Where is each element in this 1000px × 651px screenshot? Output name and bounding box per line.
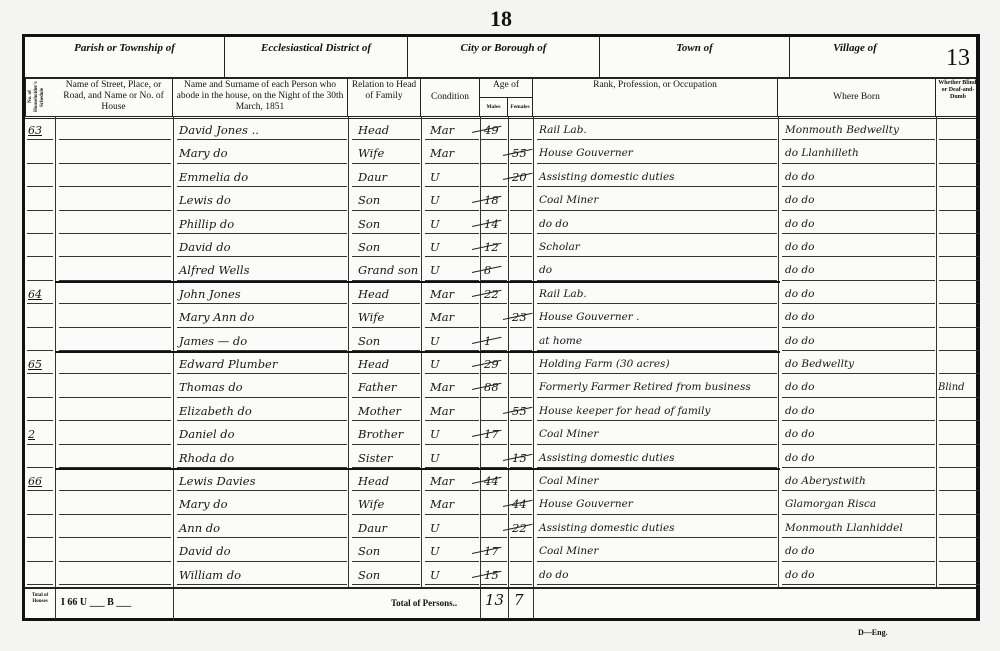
schedule-number (28, 564, 55, 587)
male-age (484, 447, 508, 470)
table-row: 63David Jones ..HeadMar49Rail Lab.Monmou… (25, 119, 976, 142)
birthplace: do do (785, 330, 935, 353)
table-row: Thomas doFatherMar88Formerly Farmer Reti… (25, 376, 976, 399)
schedule-number: 66 (28, 470, 55, 493)
female-age (512, 540, 533, 563)
condition: U (430, 353, 478, 376)
birthplace: Monmouth Bedwellty (785, 119, 935, 142)
condition: U (430, 447, 478, 470)
col-condition-header: Condition (421, 77, 480, 117)
female-age (512, 564, 533, 587)
person-name: Ann do (179, 517, 347, 540)
row-rule (59, 490, 171, 491)
row-rule (59, 210, 171, 211)
female-age (512, 423, 533, 446)
occupation: Assisting domestic duties (539, 447, 777, 470)
occupation: Coal Miner (539, 540, 777, 563)
relation: Father (358, 376, 420, 399)
blind-note (938, 353, 980, 376)
table-row: Elizabeth doMotherMar55House keeper for … (25, 400, 976, 423)
blind-note (938, 259, 980, 282)
schedule-number (28, 376, 55, 399)
table-row: Ann doDaurU22Assisting domestic dutiesMo… (25, 517, 976, 540)
schedule-number: 64 (28, 283, 55, 306)
relation: Wife (358, 142, 420, 165)
row-rule (59, 584, 171, 585)
birthplace: do do (785, 306, 935, 329)
schedule-number (28, 447, 55, 470)
blind-note (938, 236, 980, 259)
relation: Head (358, 470, 420, 493)
person-name: Elizabeth do (179, 400, 347, 423)
occupation: do do (539, 564, 777, 587)
female-age (512, 189, 533, 212)
birthplace: do Aberystwith (785, 470, 935, 493)
relation: Head (358, 353, 420, 376)
relation: Sister (358, 447, 420, 470)
row-rule (59, 233, 171, 234)
blind-note (938, 517, 980, 540)
schedule-number: 65 (28, 353, 55, 376)
person-name: Edward Plumber (179, 353, 347, 376)
birthplace: do do (785, 423, 935, 446)
table-row: 2Daniel doBrotherU17Coal Minerdo do (25, 423, 976, 446)
person-name: James — do (179, 330, 347, 353)
birthplace: do do (785, 376, 935, 399)
row-rule (59, 537, 171, 538)
blind-note (938, 189, 980, 212)
female-age (512, 376, 533, 399)
table-row: Mary doWifeMar55House Gouvernerdo Llanhi… (25, 142, 976, 165)
person-name: Emmelia do (179, 166, 347, 189)
schedule-number: 2 (28, 423, 55, 446)
village-label: Village of (833, 42, 877, 54)
schedule-number (28, 306, 55, 329)
relation: Head (358, 119, 420, 142)
birthplace: do Bedwellty (785, 353, 935, 376)
city-field: City or Borough of (408, 37, 600, 77)
condition: U (430, 236, 478, 259)
table-row: David doSonU12Scholardo do (25, 236, 976, 259)
relation: Head (358, 283, 420, 306)
row-rule (59, 327, 171, 328)
table-row: 65Edward PlumberHeadU29Holding Farm (30 … (25, 353, 976, 376)
male-age: 17 (484, 423, 508, 446)
birthplace: Monmouth Llanhiddel (785, 517, 935, 540)
person-name: William do (179, 564, 347, 587)
schedule-number (28, 236, 55, 259)
male-age: 49 (484, 119, 508, 142)
blind-note (938, 330, 980, 353)
total-females: 7 (514, 591, 524, 609)
schedule-number (28, 517, 55, 540)
person-name: David Jones .. (179, 119, 347, 142)
female-age: 55 (512, 400, 533, 423)
female-age: 23 (512, 306, 533, 329)
page-number: 18 (490, 6, 512, 32)
grid-line (173, 589, 174, 621)
condition: U (430, 564, 478, 587)
person-name: Lewis do (179, 189, 347, 212)
condition: U (430, 330, 478, 353)
male-age: 1 (484, 330, 508, 353)
birthplace: do do (785, 283, 935, 306)
schedule-number (28, 330, 55, 353)
blind-note (938, 166, 980, 189)
relation: Son (358, 189, 420, 212)
blind-note (938, 493, 980, 516)
female-age (512, 236, 533, 259)
blind-note: Blind (938, 376, 980, 399)
person-name: Thomas do (179, 376, 347, 399)
row-rule (59, 420, 171, 421)
occupation: Rail Lab. (539, 119, 777, 142)
town-field: Town of (600, 37, 790, 77)
relation: Wife (358, 493, 420, 516)
female-age (512, 330, 533, 353)
schedule-number (28, 142, 55, 165)
condition: U (430, 189, 478, 212)
male-age: 29 (484, 353, 508, 376)
occupation: Coal Miner (539, 470, 777, 493)
birthplace: do do (785, 400, 935, 423)
village-field: Village of 13 (790, 37, 980, 77)
male-age: 8 (484, 259, 508, 282)
total-males: 13 (485, 591, 504, 609)
table-row: Emmelia doDaurU20Assisting domestic duti… (25, 166, 976, 189)
female-age: 44 (512, 493, 533, 516)
female-age (512, 119, 533, 142)
total-houses-value: I 66 U ___ B ___ (61, 597, 131, 608)
blind-note (938, 540, 980, 563)
person-name: Phillip do (179, 213, 347, 236)
birthplace: do do (785, 447, 935, 470)
person-name: Lewis Davies (179, 470, 347, 493)
col-schedule-header: No. of Householder's Schedule (25, 77, 55, 117)
condition: Mar (430, 142, 478, 165)
birthplace: do do (785, 564, 935, 587)
schedule-number: 63 (28, 119, 55, 142)
female-age (512, 353, 533, 376)
relation: Daur (358, 166, 420, 189)
table-row: 64John JonesHeadMar22Rail Lab.do do (25, 283, 976, 306)
table-row: Rhoda doSisterU15Assisting domestic duti… (25, 447, 976, 470)
birthplace: do do (785, 540, 935, 563)
footer-mark: D—Eng. (858, 628, 888, 637)
relation: Mother (358, 400, 420, 423)
census-sheet: Parish or Township of Ecclesiastical Dis… (22, 34, 980, 621)
table-row: David doSonU17Coal Minerdo do (25, 540, 976, 563)
occupation: Rail Lab. (539, 283, 777, 306)
row-rule (59, 303, 171, 304)
female-age (512, 283, 533, 306)
birthplace: do do (785, 213, 935, 236)
person-name: David do (179, 540, 347, 563)
birthplace: do do (785, 236, 935, 259)
condition: U (430, 213, 478, 236)
occupation: Assisting domestic duties (539, 166, 777, 189)
blind-note (938, 423, 980, 446)
blind-note (938, 400, 980, 423)
row-rule (59, 444, 171, 445)
person-name: Mary Ann do (179, 306, 347, 329)
occupation: Coal Miner (539, 423, 777, 446)
person-name: Daniel do (179, 423, 347, 446)
occupation: House Gouverner (539, 142, 777, 165)
row-rule (59, 186, 171, 187)
occupation: do do (539, 213, 777, 236)
table-row: Phillip doSonU14do dodo do (25, 213, 976, 236)
ecclesiastical-field: Ecclesiastical District of (225, 37, 408, 77)
col-name-header: Name and Surname of each Person who abod… (173, 77, 348, 117)
occupation: Assisting domestic duties (539, 517, 777, 540)
male-age: 44 (484, 470, 508, 493)
col-relation-header: Relation to Head of Family (348, 77, 421, 117)
schedule-number (28, 259, 55, 282)
schedule-number (28, 213, 55, 236)
blind-note (938, 213, 980, 236)
relation: Son (358, 564, 420, 587)
relation: Son (358, 330, 420, 353)
schedule-number (28, 189, 55, 212)
blind-note (938, 564, 980, 587)
female-age (512, 259, 533, 282)
parish-field: Parish or Township of (25, 37, 225, 77)
col-females-header: Females (508, 98, 533, 117)
table-row: Mary doWifeMar44House GouvernerGlamorgan… (25, 493, 976, 516)
occupation: Holding Farm (30 acres) (539, 353, 777, 376)
condition: Mar (430, 493, 478, 516)
birthplace: do do (785, 166, 935, 189)
row-rule (59, 373, 171, 374)
condition: Mar (430, 400, 478, 423)
condition: Mar (430, 119, 478, 142)
schedule-number (28, 400, 55, 423)
occupation: Formerly Farmer Retired from business (539, 376, 777, 399)
total-persons-label: Total of Persons.. (391, 598, 457, 608)
male-age: 15 (484, 564, 508, 587)
occupation: House keeper for head of family (539, 400, 777, 423)
condition: Mar (430, 470, 478, 493)
condition: U (430, 166, 478, 189)
blind-note (938, 283, 980, 306)
relation: Wife (358, 306, 420, 329)
female-age: 55 (512, 142, 533, 165)
total-houses-label: Total of Houses (27, 593, 53, 605)
male-age: 17 (484, 540, 508, 563)
person-name: David do (179, 236, 347, 259)
male-age: 14 (484, 213, 508, 236)
male-age: 12 (484, 236, 508, 259)
row-rule (59, 397, 171, 398)
col-males-header: Males (480, 98, 508, 117)
occupation: House Gouverner . (539, 306, 777, 329)
folio-number: 13 (946, 45, 970, 72)
birthplace: do do (785, 259, 935, 282)
condition: U (430, 423, 478, 446)
relation: Son (358, 236, 420, 259)
blind-note (938, 447, 980, 470)
col-born-header: Where Born (778, 77, 936, 117)
table-row: 66Lewis DaviesHeadMar44Coal Minerdo Aber… (25, 470, 976, 493)
table-row: James — doSonU1at homedo do (25, 330, 976, 353)
condition: Mar (430, 283, 478, 306)
male-age: 88 (484, 376, 508, 399)
blind-note (938, 119, 980, 142)
relation: Daur (358, 517, 420, 540)
occupation: at home (539, 330, 777, 353)
row-rule (59, 561, 171, 562)
table-row: Lewis doSonU18Coal Minerdo do (25, 189, 976, 212)
occupation: Coal Miner (539, 189, 777, 212)
col-occupation-header: Rank, Profession, or Occupation (533, 77, 778, 117)
blind-note (938, 306, 980, 329)
schedule-number (28, 540, 55, 563)
birthplace: do do (785, 189, 935, 212)
male-age: 22 (484, 283, 508, 306)
relation: Son (358, 540, 420, 563)
occupation: do (539, 259, 777, 282)
col-blind-header: Whether Blind, or Deaf-and-Dumb (936, 77, 980, 117)
birthplace: do Llanhilleth (785, 142, 935, 165)
col-street-header: Name of Street, Place, or Road, and Name… (55, 77, 173, 117)
row-rule (59, 163, 171, 164)
blind-note (938, 470, 980, 493)
female-age (512, 470, 533, 493)
relation: Brother (358, 423, 420, 446)
person-name: John Jones (179, 283, 347, 306)
schedule-number (28, 166, 55, 189)
schedule-number (28, 493, 55, 516)
blind-note (938, 142, 980, 165)
row-rule (59, 139, 171, 140)
condition: U (430, 540, 478, 563)
person-name: Alfred Wells (179, 259, 347, 282)
table-row: Mary Ann doWifeMar23House Gouverner .do … (25, 306, 976, 329)
row-rule (59, 514, 171, 515)
birthplace: Glamorgan Risca (785, 493, 935, 516)
col-age-header: Age of (480, 77, 533, 98)
table-row: William doSonU15do dodo do (25, 564, 976, 587)
relation: Son (358, 213, 420, 236)
condition: Mar (430, 306, 478, 329)
occupation: Scholar (539, 236, 777, 259)
female-age (512, 213, 533, 236)
totals-row: Total of Houses I 66 U ___ B ___ Total o… (25, 587, 976, 621)
male-age: 18 (484, 189, 508, 212)
person-name: Mary do (179, 493, 347, 516)
row-rule (59, 256, 171, 257)
table-row: Alfred WellsGrand sonU8dodo do (25, 259, 976, 282)
relation: Grand son (358, 259, 420, 282)
person-name: Rhoda do (179, 447, 347, 470)
occupation: House Gouverner (539, 493, 777, 516)
condition: U (430, 517, 478, 540)
header-band: Parish or Township of Ecclesiastical Dis… (25, 37, 976, 79)
female-age: 20 (512, 166, 533, 189)
person-name: Mary do (179, 142, 347, 165)
female-age: 22 (512, 517, 533, 540)
